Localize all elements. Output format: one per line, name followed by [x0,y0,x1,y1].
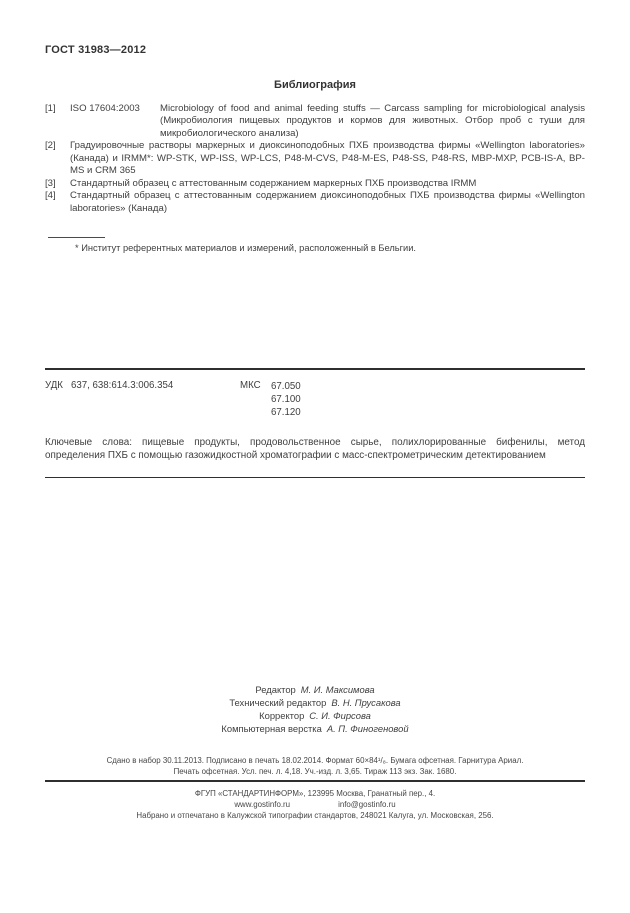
entry-text: Стандартный образец с аттестованным соде… [70,178,585,190]
colophon-line-2: Печать офсетная. Усл. печ. л. 4,18. Уч.-… [30,767,600,778]
udk-label: УДК [45,380,63,391]
divider-below-keywords [45,477,585,478]
credit-role: Редактор [255,684,295,697]
mks-label: МКС [240,380,261,391]
bibliography-entry: [4] Стандартный образец с аттестованным … [45,190,585,215]
colophon-print-info: Сдано в набор 30.11.2013. Подписано в пе… [30,756,600,777]
credits-block: Редактор М. И. Максимова Технический ред… [0,684,630,736]
credit-line: Технический редактор В. Н. Прусакова [0,697,630,710]
credit-name: А. П. Финогеновой [327,723,409,736]
bibliography-list: [1] ISO 17604:2003 Microbiology of food … [45,103,585,215]
printing-house-line: Набрано и отпечатано в Калужской типогра… [30,811,600,822]
colophon-publisher-info: ФГУП «СТАНДАРТИНФОРМ», 123995 Москва, Гр… [30,789,600,821]
document-page: ГОСТ 31983—2012 Библиография [1] ISO 176… [0,0,630,913]
credit-line: Редактор М. И. Максимова [0,684,630,697]
bibliography-entry: [2] Градуировочные растворы маркерных и … [45,140,585,177]
entry-label: [4] [45,190,70,202]
udk-value: 637, 638:614.3:006.354 [71,380,173,391]
entry-label: [2] [45,140,70,152]
colophon-line-1: Сдано в набор 30.11.2013. Подписано в пе… [30,756,600,767]
credit-role: Корректор [259,710,304,723]
credit-name: В. Н. Прусакова [331,697,400,710]
publisher-address: ФГУП «СТАНДАРТИНФОРМ», 123995 Москва, Гр… [30,789,600,800]
mks-value: 67.050 [271,380,301,393]
keywords-paragraph: Ключевые слова: пищевые продукты, продов… [45,436,585,463]
divider-above-publisher [45,780,585,782]
entry-text: Градуировочные растворы маркерных и диок… [70,140,585,177]
credit-line: Компьютерная верстка А. П. Финогеновой [0,723,630,736]
entry-text: Microbiology of food and animal feeding … [160,103,585,140]
credit-name: М. И. Максимова [301,684,375,697]
mks-value: 67.100 [271,393,301,406]
bibliography-entry: [1] ISO 17604:2003 Microbiology of food … [45,103,585,140]
credit-name: С. И. Фирсова [309,710,371,723]
udk-entry: УДК637, 638:614.3:006.354 [45,380,173,391]
footnote-separator [48,237,105,238]
credit-role: Технический редактор [229,697,326,710]
bibliography-entry: [3] Стандартный образец с аттестованным … [45,178,585,190]
contact-row: www.gostinfo.ru info@gostinfo.ru [30,800,600,811]
mks-values: 67.050 67.100 67.120 [271,380,301,420]
doc-number: ГОСТ 31983—2012 [45,44,146,56]
credit-role: Компьютерная верстка [221,723,321,736]
entry-text: Стандартный образец с аттестованным соде… [70,190,585,215]
mks-value: 67.120 [271,406,301,419]
section-title: Библиография [0,79,630,91]
footnote-text: * Институт референтных материалов и изме… [45,243,585,253]
entry-code: ISO 17604:2003 [70,103,160,115]
entry-label: [1] [45,103,70,115]
credit-line: Корректор С. И. Фирсова [0,710,630,723]
publisher-email: info@gostinfo.ru [338,800,396,811]
entry-label: [3] [45,178,70,190]
publisher-website: www.gostinfo.ru [234,800,290,811]
divider-above-classification [45,368,585,370]
